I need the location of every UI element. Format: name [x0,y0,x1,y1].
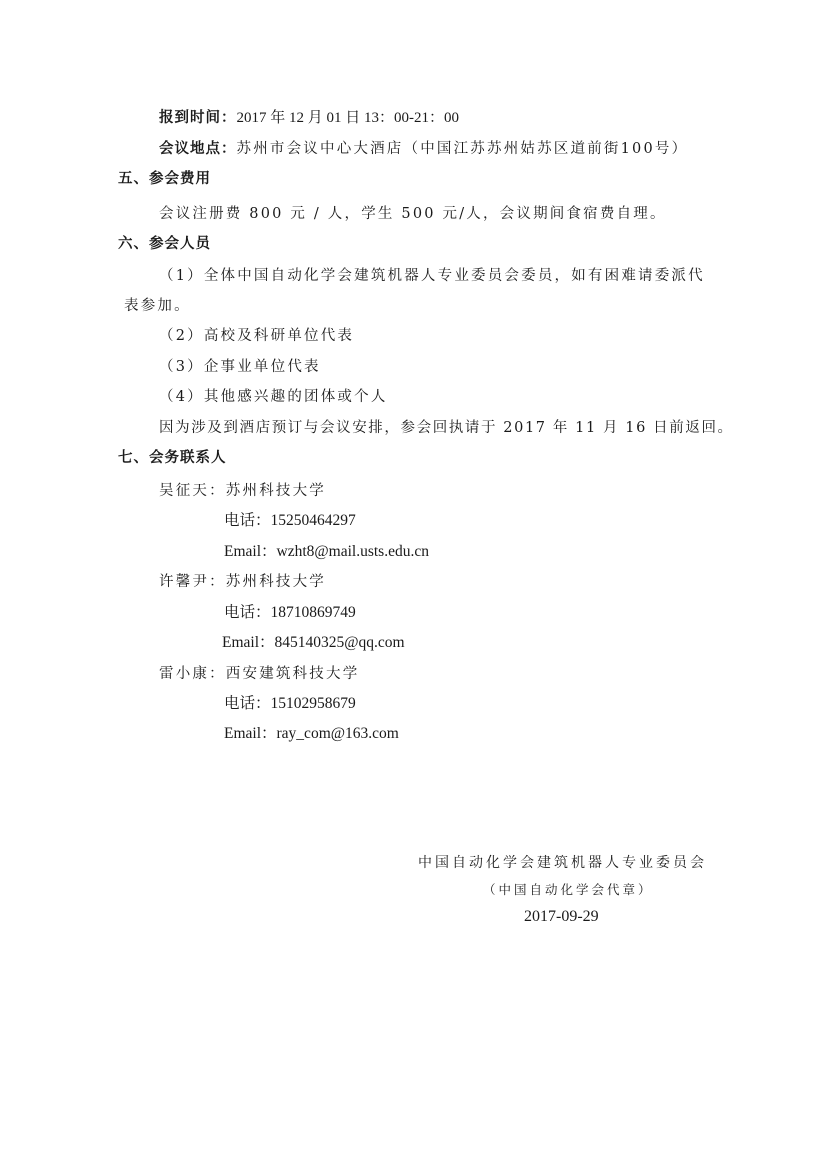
contact-1-phone: 电话：15250464297 [224,511,356,531]
attendee-item-3: （3）企事业单位代表 [159,357,321,377]
attendee-item-2: （2）高校及科研单位代表 [159,326,354,346]
section-heading-contacts: 七、会务联系人 [118,448,227,468]
signature-organization: 中国自动化学会建筑机器人专业委员会 [418,853,707,873]
signature-date: 2017-09-29 [524,907,599,927]
venue-value: 苏州市会议中心大酒店（中国江苏苏州姑苏区道前街100号） [237,141,689,157]
section-heading-attendees: 六、参会人员 [118,234,211,254]
contact-1-name-org: 吴征天：苏州科技大学 [159,481,326,501]
venue-label: 会议地点： [159,141,237,157]
rsvp-note: 因为涉及到酒店预订与会议安排，参会回执请于 2017 年 11 月 16 日前返… [159,418,734,438]
registration-time: 报到时间：2017 年 12 月 01 日 13：00-21：00 [159,108,459,128]
contact-2-name-org: 许馨尹：苏州科技大学 [159,572,326,592]
section-heading-fees: 五、参会费用 [118,169,211,189]
attendee-item-1: （1）全体中国自动化学会建筑机器人专业委员会委员，如有困难请委派代 [159,266,705,286]
contact-2-email[interactable]: Email：845140325@qq.com [222,633,405,653]
registration-time-label: 报到时间： [159,110,237,126]
attendee-item-4: （4）其他感兴趣的团体或个人 [159,387,388,407]
contact-3-email[interactable]: Email：ray_com@163.com [224,724,399,744]
signature-seal-note: （中国自动化学会代章） [483,880,654,900]
fees-text: 会议注册费 800 元 / 人，学生 500 元/人，会议期间食宿费自理。 [159,204,667,224]
contact-2-phone: 电话：18710869749 [224,603,356,623]
registration-time-value: 2017 年 12 月 01 日 13：00-21：00 [237,110,460,126]
venue: 会议地点：苏州市会议中心大酒店（中国江苏苏州姑苏区道前街100号） [159,139,688,159]
contact-3-name-org: 雷小康：西安建筑科技大学 [159,664,359,684]
attendee-item-1-cont: 表参加。 [124,296,191,316]
contact-3-phone: 电话：15102958679 [224,694,356,714]
contact-1-email[interactable]: Email：wzht8@mail.usts.edu.cn [224,542,429,562]
